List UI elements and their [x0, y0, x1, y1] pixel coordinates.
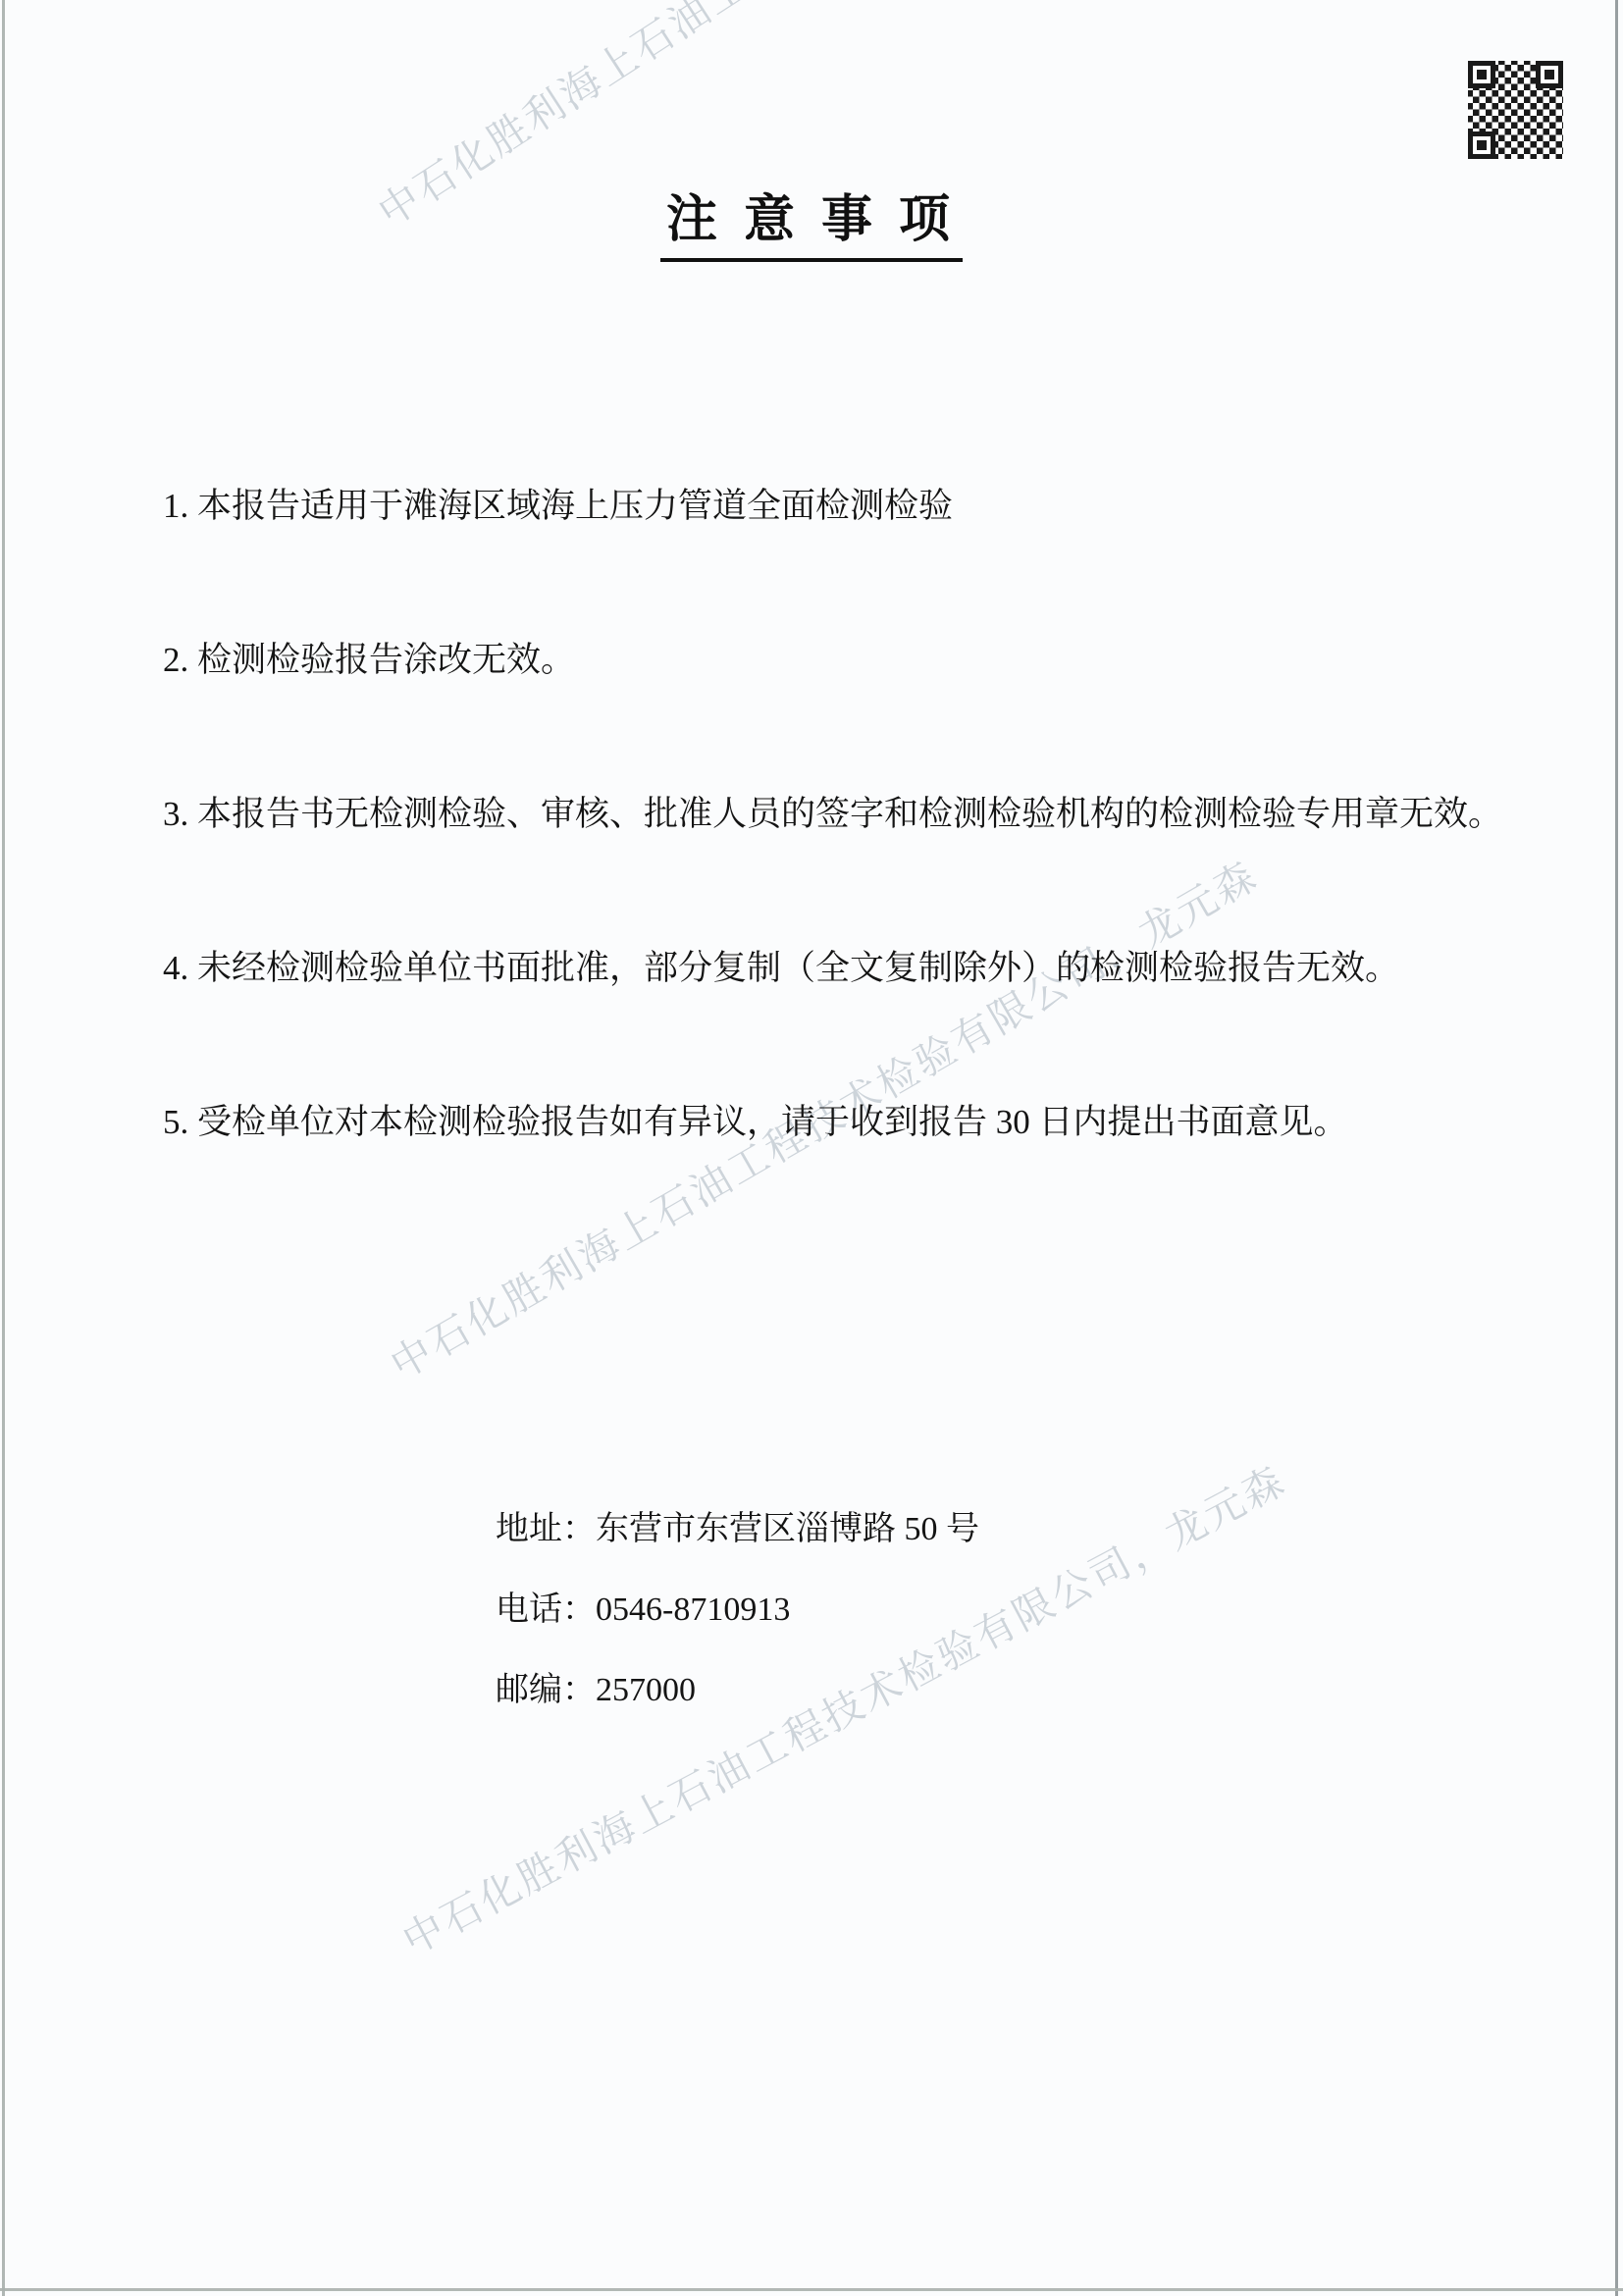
document-page: 中石化胜利海上石油工程技术检验有限公司，龙元森 中石化胜利海上石油工程技术检验有… — [0, 0, 1623, 2296]
qr-code-icon — [1468, 61, 1563, 159]
title-area: 注 意 事 项 — [0, 192, 1623, 262]
address-label: 地址： — [496, 1511, 596, 1547]
page-left-edge-line — [2, 0, 5, 2296]
notice-item-1: 1. 本报告适用于滩海区域海上压力管道全面检测检验 — [163, 487, 1586, 526]
notice-item-3: 3. 本报告书无检测检验、审核、批准人员的签字和检测检验机构的检测检验专用章无效… — [163, 795, 1586, 834]
postal-label: 邮编： — [496, 1672, 596, 1708]
postal-value: 257000 — [596, 1672, 696, 1708]
page-bottom-edge-line — [0, 2288, 1623, 2291]
notice-item-4: 4. 未经检测检验单位书面批准，部分复制（全文复制除外）的检测检验报告无效。 — [163, 949, 1586, 988]
phone-label: 电话： — [496, 1592, 596, 1628]
page-right-edge-line — [1615, 0, 1618, 2296]
qr-finder-bottom-left — [1468, 131, 1495, 159]
phone-value: 0546-8710913 — [596, 1592, 790, 1628]
page-title: 注 意 事 项 — [660, 192, 963, 262]
notice-item-2: 2. 检测检验报告涂改无效。 — [163, 641, 1586, 680]
qr-finder-top-left — [1468, 61, 1495, 88]
contact-postal-line: 邮编：257000 — [496, 1672, 979, 1709]
address-value: 东营市东营区淄博路 50 号 — [596, 1511, 979, 1547]
qr-finder-top-right — [1536, 61, 1563, 88]
notice-list: 1. 本报告适用于滩海区域海上压力管道全面检测检验 2. 检测检验报告涂改无效。… — [163, 487, 1586, 1257]
contact-block: 地址：东营市东营区淄博路 50 号 电话：0546-8710913 邮编：257… — [496, 1511, 979, 1752]
notice-item-5: 5. 受检单位对本检测检验报告如有异议，请于收到报告 30 日内提出书面意见。 — [163, 1103, 1586, 1142]
contact-address-line: 地址：东营市东营区淄博路 50 号 — [496, 1511, 979, 1548]
contact-phone-line: 电话：0546-8710913 — [496, 1592, 979, 1629]
